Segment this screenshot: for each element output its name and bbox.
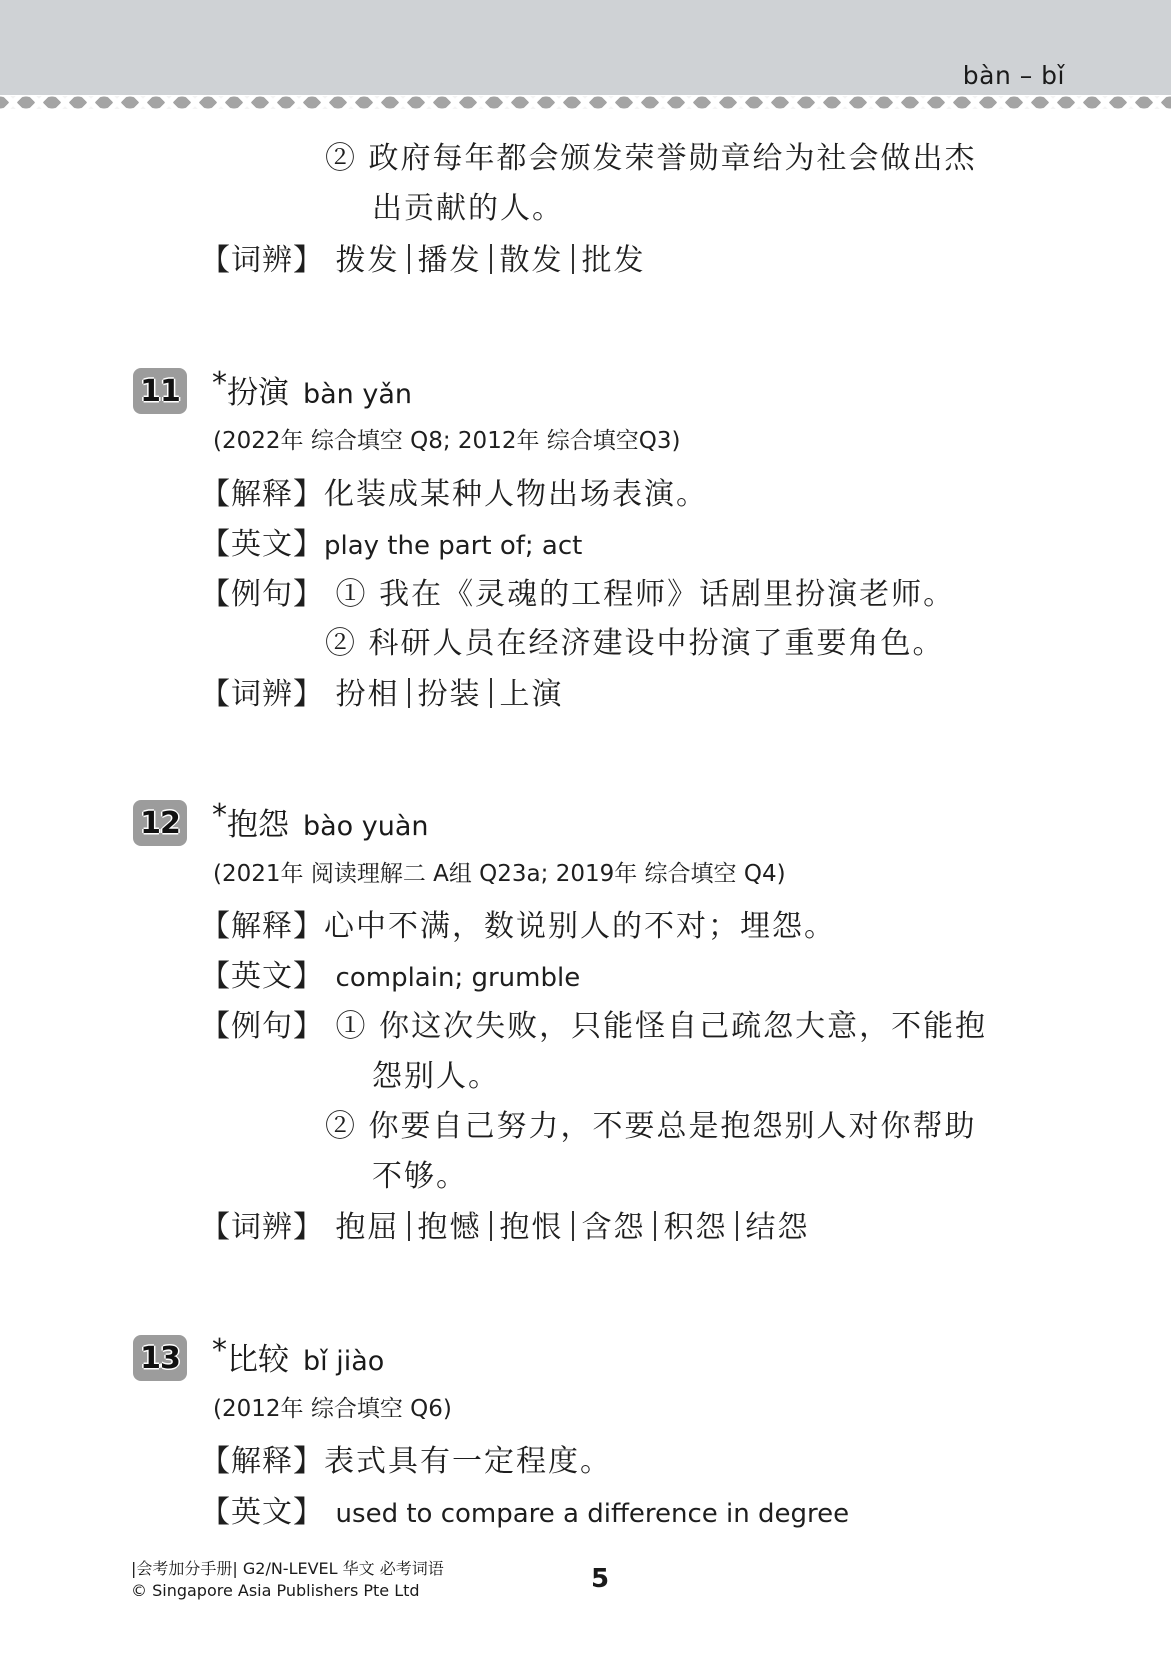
example-row: 【例句】 ① 你这次失败，只能怪自己疏忽大意，不能抱 [200,1007,987,1047]
entry-number-badge: 13 [133,1335,187,1381]
distinguish-word: 抱憾 [418,1210,482,1245]
header-band: bàn – bǐ [0,0,1171,95]
separator [572,1211,574,1241]
distinguish-label: 【词辨】 [200,677,324,712]
separator [736,1211,738,1241]
english-text: complain; grumble [336,963,581,993]
example-text: 你这次失败，只能怪自己疏忽大意，不能抱 [379,1009,987,1044]
distinguish-word: 扮装 [418,677,482,712]
example-row: 【例句】 ① 我在《灵魂的工程师》话剧里扮演老师。 [200,575,955,615]
english-label: 【英文】 [200,1495,324,1530]
distinguish-word: 含怨 [582,1210,646,1245]
separator [490,244,492,274]
star-icon: * [212,1333,227,1368]
headword-chinese: 抱怨 [227,807,289,843]
example-marker: ② [325,141,357,176]
distinguish-word: 扮相 [336,677,400,712]
entry-headword: *抱怨bào yuàn [212,798,429,844]
headword-pinyin: bǐ jiào [303,1346,384,1377]
example-text: 政府每年都会颁发荣誉勋章给为社会做出杰 [369,141,977,176]
example-row: ② 你要自己努力，不要总是抱怨别人对你帮助 [325,1107,977,1147]
example-line-continued: 怨别人。 [372,1057,500,1097]
star-icon: * [212,798,227,833]
distinguish-row: 【词辨】 抱屈抱憾抱恨含怨积怨结怨 [200,1208,810,1248]
definition-label: 【解释】 [200,477,324,512]
english-label: 【英文】 [200,959,324,994]
english-row: 【英文】play the part of; act [200,525,582,566]
example-line: ② 政府每年都会颁发荣誉勋章给为社会做出杰 [325,139,977,179]
example-marker: ① [336,1009,368,1044]
example-row: ② 科研人员在经济建设中扮演了重要角色。 [325,624,945,664]
separator [572,244,574,274]
example-text: 科研人员在经济建设中扮演了重要角色。 [369,626,945,661]
example-marker: ② [325,626,357,661]
separator [408,678,410,708]
separator [654,1211,656,1241]
distinguish-label: 【词辨】 [200,1210,324,1245]
english-row: 【英文】 used to compare a difference in deg… [200,1493,849,1534]
distinguish-word: 抱屈 [336,1210,400,1245]
separator [408,1211,410,1241]
copyright: © Singapore Asia Publishers Pte Ltd [131,1580,444,1602]
definition-row: 【解释】表式具有一定程度。 [200,1442,612,1482]
distinguish-word: 散发 [500,243,564,278]
distinguish-word: 播发 [418,243,482,278]
distinguish-word: 上演 [500,677,564,712]
headword-chinese: 扮演 [227,375,289,411]
example-line-continued: 出贡献的人。 [372,189,564,229]
headword-chinese: 比较 [227,1342,289,1378]
footer-credits: |会考加分手册| G2/N-LEVEL 华文 必考词语 © Singapore … [131,1558,444,1602]
english-label: 【英文】 [200,527,324,562]
distinguish-row: 【词辨】 扮相扮装上演 [200,675,564,715]
exam-sources: (2021年 阅读理解二 A组 Q23a; 2019年 综合填空 Q4) [213,858,786,890]
book-title: |会考加分手册| G2/N-LEVEL 华文 必考词语 [131,1558,444,1580]
definition-row: 【解释】心中不满，数说别人的不对；埋怨。 [200,907,836,947]
distinguish-word: 积怨 [664,1210,728,1245]
example-marker: ① [336,577,368,612]
separator [408,244,410,274]
distinguish-row: 【词辨】 拨发播发散发批发 [200,241,646,281]
entry-headword: *扮演bàn yǎn [212,366,412,412]
definition-text: 化装成某种人物出场表演。 [324,477,708,512]
exam-sources: (2012年 综合填空 Q6) [213,1393,452,1425]
star-icon: * [212,366,227,401]
definition-row: 【解释】化装成某种人物出场表演。 [200,475,708,515]
decorative-pattern-divider [0,96,1171,109]
distinguish-word: 抱恨 [500,1210,564,1245]
definition-label: 【解释】 [200,1444,324,1479]
english-text: play the part of; act [324,531,582,561]
exam-sources: (2022年 综合填空 Q8; 2012年 综合填空Q3) [213,425,680,457]
entry-number-badge: 12 [133,800,187,846]
definition-text: 表式具有一定程度。 [324,1444,612,1479]
entry-number-badge: 11 [133,368,187,414]
example-text: 我在《灵魂的工程师》话剧里扮演老师。 [379,577,955,612]
examples-label: 【例句】 [200,577,324,612]
example-text: 你要自己努力，不要总是抱怨别人对你帮助 [369,1109,977,1144]
english-row: 【英文】 complain; grumble [200,957,580,998]
distinguish-word: 结怨 [746,1210,810,1245]
english-text: used to compare a difference in degree [336,1499,850,1529]
definition-label: 【解释】 [200,909,324,944]
distinguish-word: 拨发 [336,243,400,278]
headword-pinyin: bàn yǎn [303,379,412,410]
page-range-pinyin: bàn – bǐ [963,61,1065,90]
definition-text: 心中不满，数说别人的不对；埋怨。 [324,909,836,944]
distinguish-label: 【词辨】 [200,243,324,278]
entry-headword: *比较bǐ jiào [212,1333,384,1379]
example-line-continued: 不够。 [372,1157,468,1197]
page-number: 5 [591,1564,609,1594]
examples-label: 【例句】 [200,1009,324,1044]
headword-pinyin: bào yuàn [303,811,429,842]
separator [490,678,492,708]
separator [490,1211,492,1241]
example-marker: ② [325,1109,357,1144]
distinguish-word: 批发 [582,243,646,278]
